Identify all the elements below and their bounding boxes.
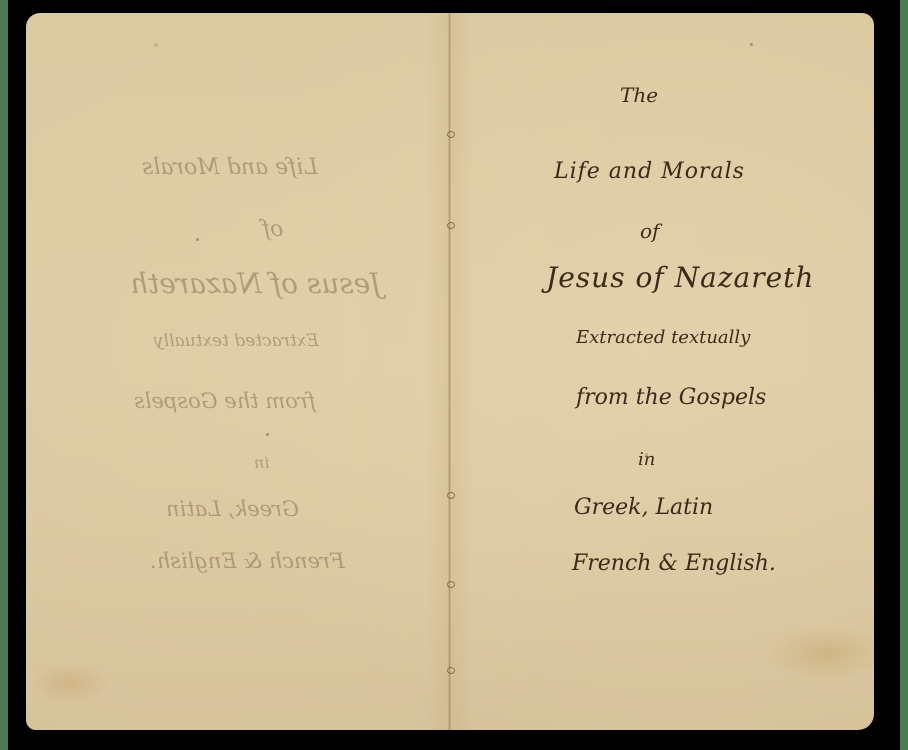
bleed-line: in <box>254 453 269 472</box>
bleed-line: French & English. <box>150 549 345 573</box>
title-line-extracted-textually: Extracted textually <box>576 327 750 348</box>
right-page: The Life and Morals of Jesus of Nazareth… <box>450 13 874 730</box>
title-line-french-english: French & English. <box>572 551 776 576</box>
bleed-line: Life and Morals <box>142 155 318 180</box>
paper-speck <box>196 238 199 241</box>
left-edge-strip <box>0 0 8 750</box>
right-edge-strip <box>900 0 908 750</box>
title-line-of: of <box>640 219 659 243</box>
title-line-the: The <box>620 83 658 107</box>
paper-speck <box>266 433 269 436</box>
bleed-line: Extracted textually <box>154 331 319 351</box>
title-line-greek-latin: Greek, Latin <box>574 495 713 520</box>
manuscript-spread: Life and Morals of Jesus of Nazareth Ext… <box>26 13 874 730</box>
title-line-from-the-gospels: from the Gospels <box>576 385 766 410</box>
title-line-jesus-of-nazareth: Jesus of Nazareth <box>546 261 814 294</box>
paper-speck <box>750 43 753 46</box>
title-line-life-and-morals: Life and Morals <box>554 159 745 184</box>
bleed-line: of <box>262 217 283 242</box>
paper-speck <box>154 43 158 47</box>
paper-speck <box>645 453 648 458</box>
bleed-line: Greek, Latin <box>166 497 299 521</box>
bleed-line: Jesus of Nazareth <box>130 267 381 300</box>
bleed-line: from the Gospels <box>134 389 316 413</box>
left-page: Life and Morals of Jesus of Nazareth Ext… <box>26 13 450 730</box>
